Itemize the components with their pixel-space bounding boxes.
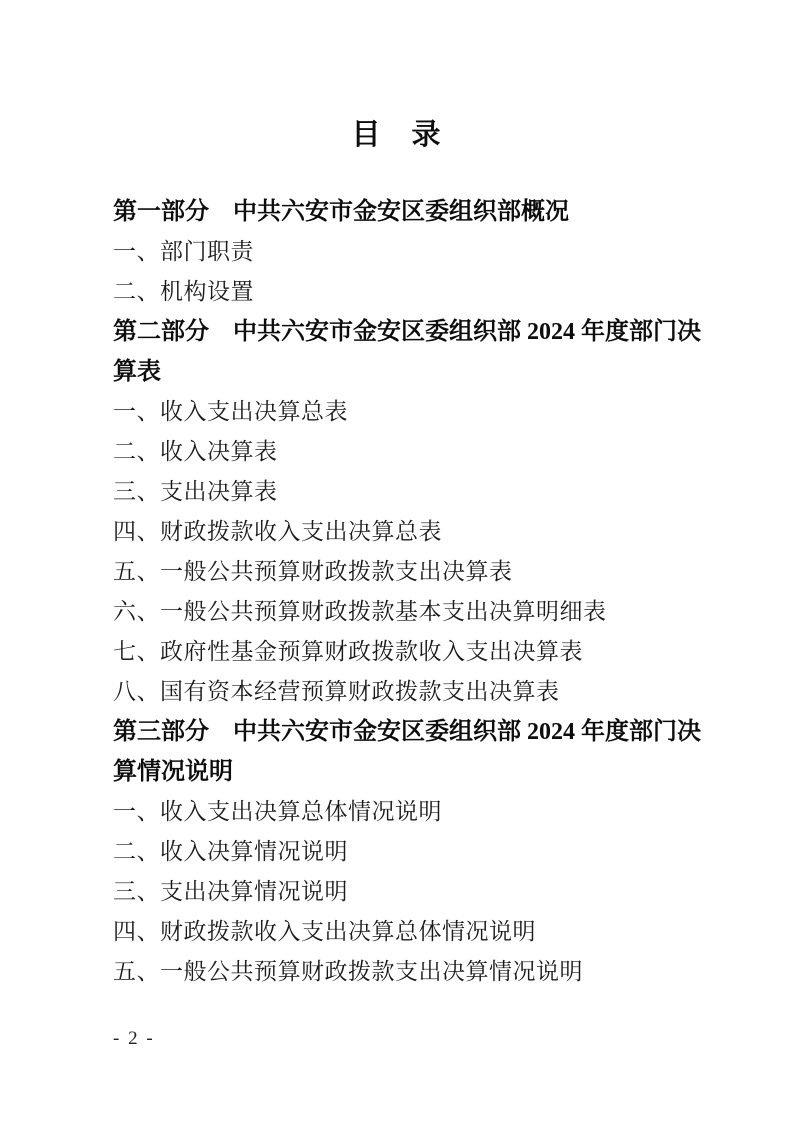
- toc-item: 三、支出决算情况说明: [113, 872, 753, 912]
- toc-item: 七、政府性基金预算财政拨款收入支出决算表: [113, 632, 753, 672]
- toc-item: 三、支出决算表: [113, 472, 753, 512]
- toc-item: 四、财政拨款收入支出决算总体情况说明: [113, 912, 753, 952]
- toc-item: 五、一般公共预算财政拨款支出决算情况说明: [113, 952, 753, 992]
- page-title: 目 录: [0, 116, 793, 154]
- toc-list: 第一部分 中共六安市金安区委组织部概况一、部门职责二、机构设置第二部分 中共六安…: [113, 192, 753, 992]
- toc-item: 八、国有资本经营预算财政拨款支出决算表: [113, 672, 753, 712]
- toc-item: 六、一般公共预算财政拨款基本支出决算明细表: [113, 592, 753, 632]
- toc-item: 一、收入支出决算总表: [113, 392, 753, 432]
- toc-section-heading: 第三部分 中共六安市金安区委组织部 2024 年度部门决: [113, 712, 753, 752]
- toc-item: 五、一般公共预算财政拨款支出决算表: [113, 552, 753, 592]
- toc-item: 一、部门职责: [113, 232, 753, 272]
- toc-section-heading: 第一部分 中共六安市金安区委组织部概况: [113, 192, 753, 232]
- toc-section-heading: 算情况说明: [113, 752, 753, 792]
- document-page: 目 录 第一部分 中共六安市金安区委组织部概况一、部门职责二、机构设置第二部分 …: [0, 0, 793, 1122]
- page-number: - 2 -: [113, 1028, 155, 1050]
- toc-item: 二、机构设置: [113, 272, 753, 312]
- toc-section-heading: 算表: [113, 352, 753, 392]
- toc-section-heading: 第二部分 中共六安市金安区委组织部 2024 年度部门决: [113, 312, 753, 352]
- toc-item: 二、收入决算表: [113, 432, 753, 472]
- toc-item: 二、收入决算情况说明: [113, 832, 753, 872]
- toc-item: 一、收入支出决算总体情况说明: [113, 792, 753, 832]
- toc-item: 四、财政拨款收入支出决算总表: [113, 512, 753, 552]
